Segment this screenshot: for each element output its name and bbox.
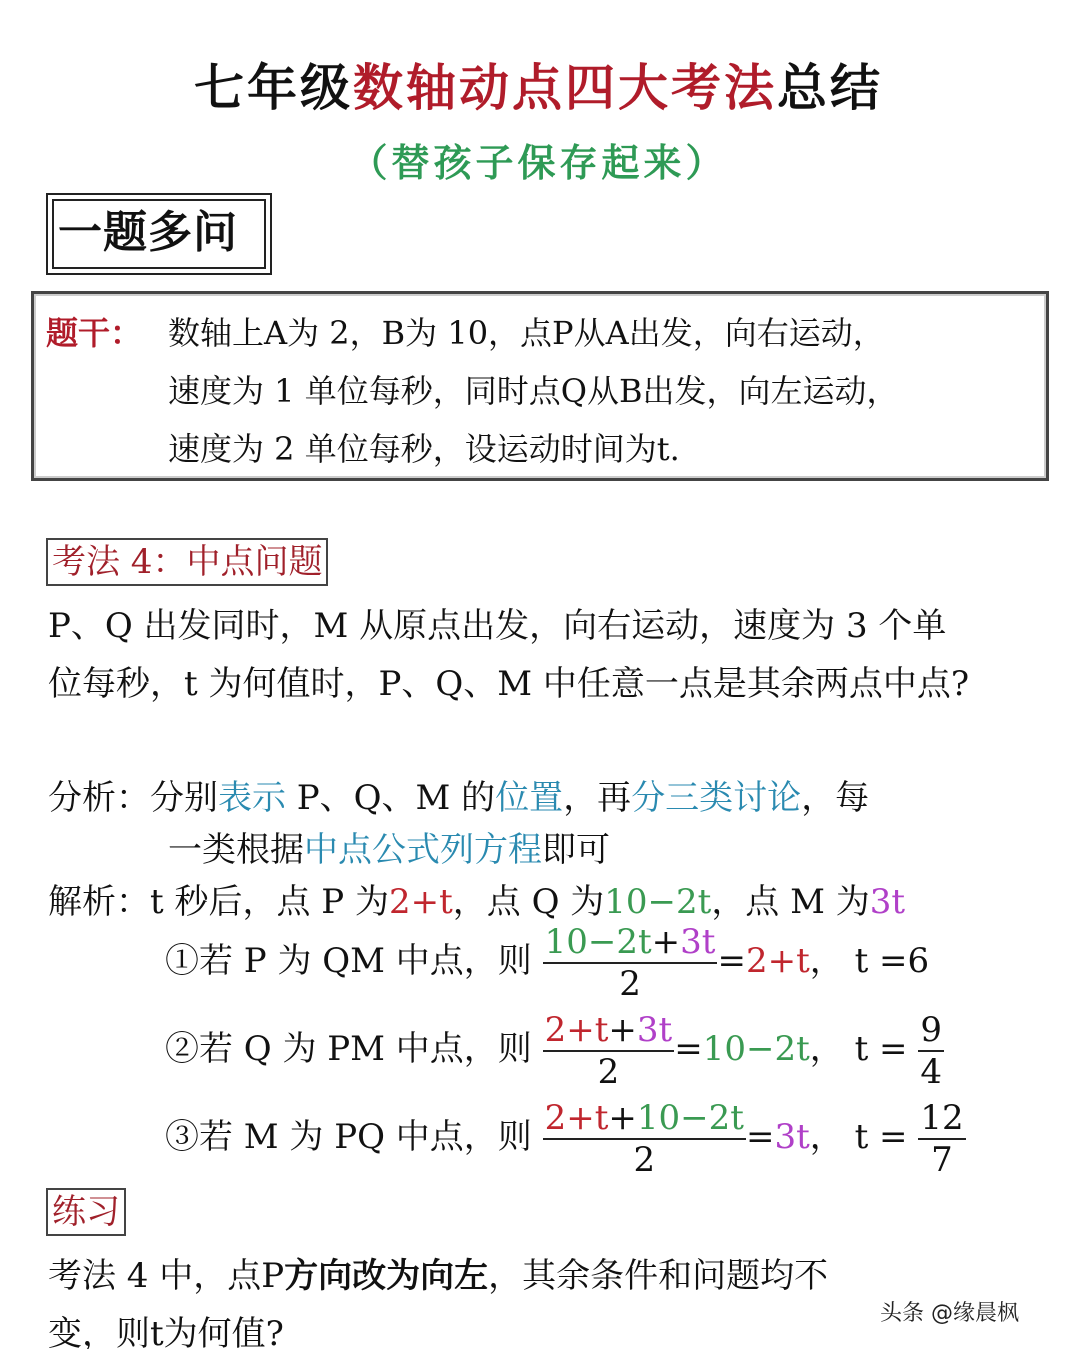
p-position: 2+t [389,882,453,922]
result-fraction: 94 [918,1010,944,1092]
solution-intro: 解析：t 秒后，点 P 为2+t，点 Q 为10−2t，点 M 为3t [48,874,905,923]
denominator: 2 [543,964,718,1004]
result-lhs: t = [855,941,908,981]
analysis-line-1: 分析：分别表示 P、Q、M 的位置，再分三类讨论，每 [48,770,869,819]
text: 即可 [542,830,610,870]
title-highlight: 数轴动点四大考法 [353,59,777,117]
case-2: ②若 Q 为 PM 中点，则 2+t+3t 2 =10−2t， t = 94 [165,1010,944,1092]
section-label-box: 一题多问 [46,193,272,275]
equals: = [674,1029,703,1069]
text: ，每 [801,778,869,818]
solution-label: 解析： [48,882,150,922]
section-label: 一题多问 [52,199,266,269]
text: t 秒后，点 P 为 [150,882,389,922]
result-den: 7 [918,1140,965,1180]
result-num: 9 [918,1010,944,1052]
m-position: 3t [870,882,905,922]
result-fraction: 127 [918,1098,965,1180]
num-a: 10−2t [545,922,652,962]
result-den: 4 [918,1052,944,1092]
analysis-label: 分析： [48,778,150,818]
case-1: ①若 P 为 QM 中点，则 10−2t+3t 2 =2+t， t =6 [165,922,929,1004]
stem-line-2: 速度为 1 单位每秒，同时点Q从B出发，向左运动， [168,366,898,412]
equals: = [717,941,746,981]
highlight: 位置 [495,778,563,818]
text: 一类根据 [168,830,304,870]
text: 考法 4 中，点P [48,1256,284,1296]
result-num: 12 [918,1098,965,1140]
case-text: ③若 M 为 PQ 中点，则 [165,1117,532,1157]
fraction: 2+t+3t 2 [543,1010,675,1092]
q-position: 10−2t [604,882,711,922]
practice-line-2: 变，则t为何值? [48,1306,284,1349]
num-a: 2+t [545,1098,609,1138]
fraction: 2+t+10−2t 2 [543,1098,746,1180]
title-suffix: 总结 [777,59,883,117]
highlight: 中点公式列方程 [304,830,542,870]
plus: + [652,922,681,962]
text: 分别 [150,778,218,818]
denominator: 2 [543,1140,746,1180]
text: ，点 Q 为 [453,882,605,922]
stem-line-3: 速度为 2 单位每秒，设运动时间为t. [168,424,680,470]
watermark: 头条 @缘晨枫 [880,1296,1019,1327]
plus: + [608,1010,637,1050]
num-b: 3t [680,922,715,962]
title-prefix: 七年级 [194,59,353,117]
sep: ， [810,1029,844,1069]
sep: ， [810,1117,844,1157]
highlight: 分三类讨论 [631,778,801,818]
result-lhs: t = [855,1029,908,1069]
question-line-1: P、Q 出发同时，M 从原点出发，向右运动，速度为 3 个单 [48,598,946,647]
rhs: 3t [774,1117,809,1157]
rhs: 10−2t [703,1029,810,1069]
question-line-2: 位每秒，t 为何值时，P、Q、M 中任意一点是其余两点中点? [48,656,969,705]
num-b: 3t [637,1010,672,1050]
result-lhs: t = [855,1117,908,1157]
num-b: 10−2t [637,1098,744,1138]
plus: + [608,1098,637,1138]
analysis-line-2: 一类根据中点公式列方程即可 [168,822,610,871]
case-3: ③若 M 为 PQ 中点，则 2+t+10−2t 2 =3t， t = 127 [165,1098,966,1180]
highlight: 表示 [218,778,286,818]
equals: = [746,1117,775,1157]
page-subtitle: （替孩子保存起来） [0,132,1077,187]
page-title: 七年级数轴动点四大考法总结 [0,48,1077,120]
sep: ， [810,941,844,981]
text: ，再 [563,778,631,818]
practice-tag: 练习 [46,1188,126,1236]
practice-line-1: 考法 4 中，点P方向改为向左，其余条件和问题均不 [48,1248,828,1297]
text: P、Q、M 的 [286,778,495,818]
stem-label: 题干： [46,308,142,354]
stem-line-1: 数轴上A为 2，B为 10，点P从A出发，向右运动， [168,308,885,354]
text: ，点 M 为 [711,882,869,922]
case-text: ①若 P 为 QM 中点，则 [165,941,532,981]
rhs: 2+t [746,941,810,981]
fraction: 10−2t+3t 2 [543,922,718,1004]
bold-text: 方向改为向左 [284,1256,488,1296]
denominator: 2 [543,1052,675,1092]
method4-tag: 考法 4：中点问题 [46,538,328,586]
text: ，其余条件和问题均不 [488,1256,828,1296]
num-a: 2+t [545,1010,609,1050]
result: 6 [908,941,930,981]
case-text: ②若 Q 为 PM 中点，则 [165,1029,532,1069]
